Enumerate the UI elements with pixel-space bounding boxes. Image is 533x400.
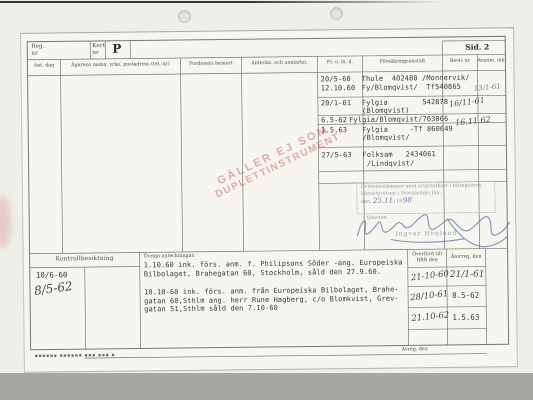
insurance-row-date: 27/5-63 (321, 151, 351, 159)
col-header-bevis: Bevis nr (442, 59, 477, 64)
aterreg-typed-date: 8.5-62 (452, 291, 479, 300)
insurance-row-date: 20/5-60 (321, 75, 351, 83)
col-header-anteckn: Anteckn. och anmärkn. (241, 60, 317, 66)
insurance-row-date: 20/1-61 (321, 99, 351, 107)
brr-header-line2: BRR den (408, 258, 447, 263)
insurance-row-text2: /Blomqvist/ (362, 133, 410, 142)
kort-nr-label-line2: nr (92, 50, 99, 56)
handwritten-stamp-year: 98 (403, 196, 412, 204)
kontroll-header: Kontrollbesiktning (30, 255, 140, 262)
aterreg-header: Återreg. den (447, 255, 486, 260)
handwritten-stamp-date: 25.11. (373, 197, 395, 205)
col-header-hemort: Fordonets hemort (180, 61, 241, 67)
punch-hole-left (178, 10, 191, 23)
insurance-row-text2: /Lindqvist/ (363, 159, 415, 168)
note-line: gatan 51,Sthlm såld den 7.10-60 (144, 304, 278, 314)
col-header-from-date: Fr. o. m. d. (317, 60, 362, 66)
reg-nr-label-line1: Reg. (31, 44, 45, 50)
insurance-row-text2: (Blomqvist) (362, 106, 410, 115)
insurance-row-text: Fy/Blomqvist/ Tf540865 (362, 82, 461, 91)
scanned-document: Reg. nr Kort nr P Sid. 2 Ant. dag Ägaren… (0, 0, 533, 400)
kontroll-typed-entry: 10/6-60 (36, 270, 68, 279)
aterreg-handwritten-date: 21/1-61 (450, 270, 485, 280)
registration-card: Reg. nr Kort nr P Sid. 2 Ant. dag Ägaren… (20, 27, 518, 373)
insurance-row-date: 12.10.60 (321, 84, 356, 92)
scan-edge-line (0, 1, 445, 3)
kort-nr-label-line1: Kort (92, 43, 105, 49)
reg-nr-label-line2: nr (31, 51, 38, 57)
card-type-letter: P (112, 42, 121, 56)
aterreg-typed-date: 1.5.63 (452, 313, 479, 322)
signer-name-stamp: Ingvar Höglund (395, 230, 457, 238)
col-header-insurer: Försäkringsanstalt (362, 59, 442, 65)
insurance-row-text: Fylgia/Blomqvist/703066 (349, 115, 448, 124)
brr-header-line1: Överförd till (408, 252, 447, 257)
punch-hole-right (330, 7, 343, 20)
page-number: Sid. 2 (465, 42, 489, 51)
col-header-ant-dag: Ant. dag (27, 63, 60, 68)
insurance-row-text: Folksam 2434061 (362, 150, 435, 159)
certification-stamp-den: den (361, 200, 370, 205)
col-header-avanm: Avanm. ink. (477, 58, 505, 63)
notes-header: Övriga anteckningar: (144, 254, 196, 260)
certification-stamp-century: 19 (396, 199, 402, 204)
